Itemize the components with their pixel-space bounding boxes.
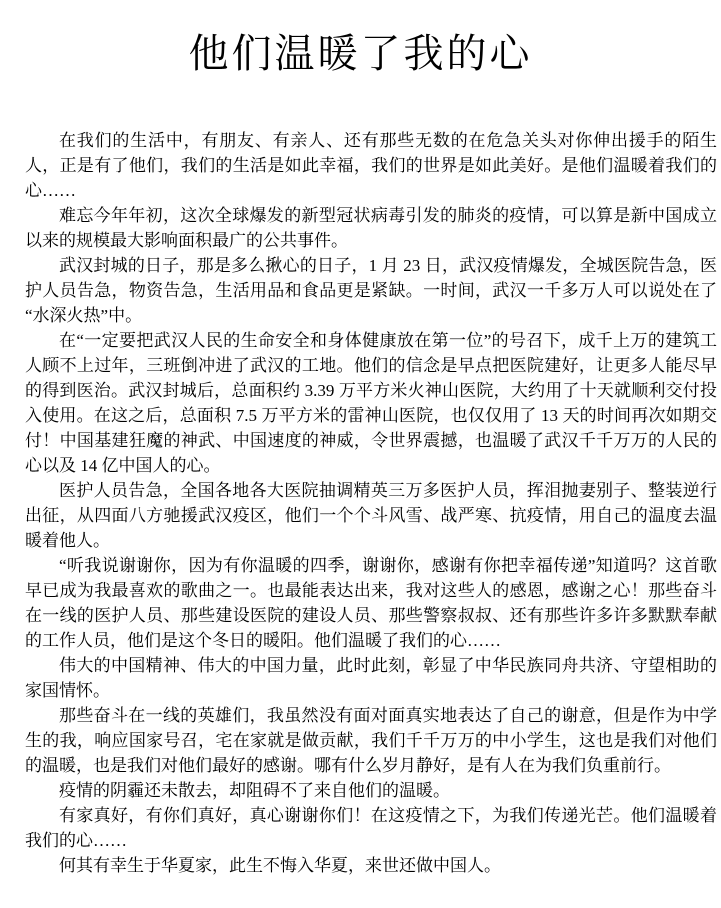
paragraph: 那些奋斗在一线的英雄们，我虽然没有面对面真实地表达了自己的谢意，但是作为中学生的…	[25, 703, 717, 778]
paragraph: 武汉封城的日子，那是多么揪心的日子，1 月 23 日，武汉疫情爆发，全城医院告急…	[25, 253, 717, 328]
paragraph: 在我们的生活中，有朋友、有亲人、还有那些无数的在危急关头对你伸出援手的陌生人，正…	[25, 128, 717, 203]
paragraph: 有家真好，有你们真好，真心谢谢你们！在这疫情之下，为我们传递光芒。他们温暖着我们…	[25, 803, 717, 853]
paragraph: 医护人员告急，全国各地各大医院抽调精英三万多医护人员，挥泪抛妻别子、整装逆行出征…	[25, 478, 717, 553]
paragraph: 伟大的中国精神、伟大的中国力量，此时此刻，彰显了中华民族同舟共济、守望相助的家国…	[25, 653, 717, 703]
paragraph: 何其有幸生于华夏家，此生不悔入华夏，来世还做中国人。	[25, 853, 717, 878]
document-body: 在我们的生活中，有朋友、有亲人、还有那些无数的在危急关头对你伸出援手的陌生人，正…	[25, 128, 717, 878]
paragraph: 在“一定要把武汉人民的生命安全和身体健康放在第一位”的号召下，成千上万的建筑工人…	[25, 328, 717, 478]
paragraph: 疫情的阴霾还未散去，却阻碍不了来自他们的温暖。	[25, 778, 717, 803]
document-title: 他们温暖了我的心	[0, 30, 721, 78]
paragraph: “听我说谢谢你，因为有你温暖的四季，谢谢你，感谢有你把幸福传递”知道吗？这首歌早…	[25, 553, 717, 653]
document-page: 他们温暖了我的心 在我们的生活中，有朋友、有亲人、还有那些无数的在危急关头对你伸…	[0, 0, 721, 908]
paragraph: 难忘今年年初，这次全球爆发的新型冠状病毒引发的肺炎的疫情，可以算是新中国成立以来…	[25, 203, 717, 253]
